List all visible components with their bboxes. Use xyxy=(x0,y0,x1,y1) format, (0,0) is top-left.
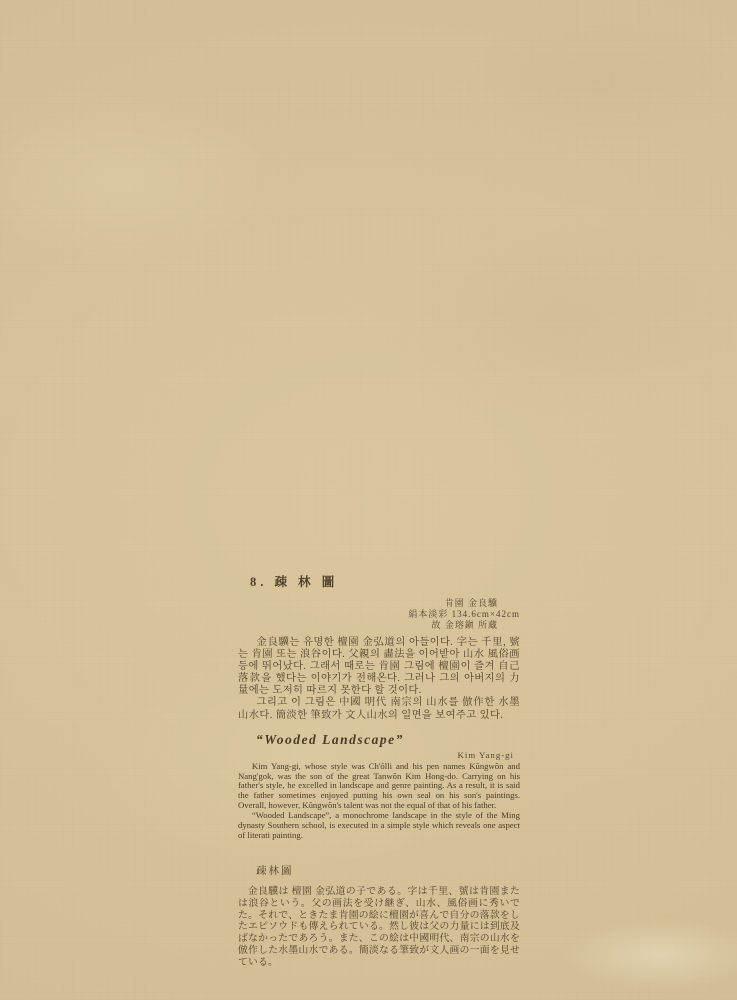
english-artist-byline: Kim Yang-gi xyxy=(238,750,520,760)
entry-number-heading: 8. 疎 林 圖 xyxy=(250,572,520,590)
korean-description: 金良驥는 유명한 檀園 金弘道의 아들이다. 字는 千里, 號는 肯園 또는 浪… xyxy=(238,637,520,722)
artwork-credit-block: 肯園 金良驥 絹本淡彩 134.6cm×42cm 故 金瑢鎭 所藏 xyxy=(238,598,520,631)
collection-line: 故 金瑢鎭 所藏 xyxy=(238,620,520,631)
english-paragraph-1: Kim Yang-gi, whose style was Ch'ŏlli and… xyxy=(238,762,520,812)
korean-paragraph-1: 金良驥는 유명한 檀園 金弘道의 아들이다. 字는 千里, 號는 肯園 또는 浪… xyxy=(238,637,520,697)
japanese-paragraph-1: 金良驥は 檀園 金弘道の子である。字は千里、號は肯園または浪谷という。父の画法を… xyxy=(238,886,520,969)
korean-paragraph-2: 그리고 이 그림은 中國 明代 南宗의 山水를 倣作한 水墨山水다. 簡淡한 筆… xyxy=(238,697,520,721)
english-description: Kim Yang-gi, whose style was Ch'ŏlli and… xyxy=(238,762,520,841)
artist-name-line: 肯園 金良驥 xyxy=(238,598,520,609)
english-paragraph-2: “Wooded Landscape”, a monochrome landsca… xyxy=(238,811,520,841)
catalog-entry: 8. 疎 林 圖 肯園 金良驥 絹本淡彩 134.6cm×42cm 故 金瑢鎭 … xyxy=(238,566,520,968)
medium-size-line: 絹本淡彩 134.6cm×42cm xyxy=(238,609,520,620)
japanese-section-heading: 疎林圖 xyxy=(256,863,520,878)
english-title: “Wooded Landscape” xyxy=(256,732,520,748)
japanese-description: 金良驥は 檀園 金弘道の子である。字は千里、號は肯園または浪谷という。父の画法を… xyxy=(238,886,520,969)
